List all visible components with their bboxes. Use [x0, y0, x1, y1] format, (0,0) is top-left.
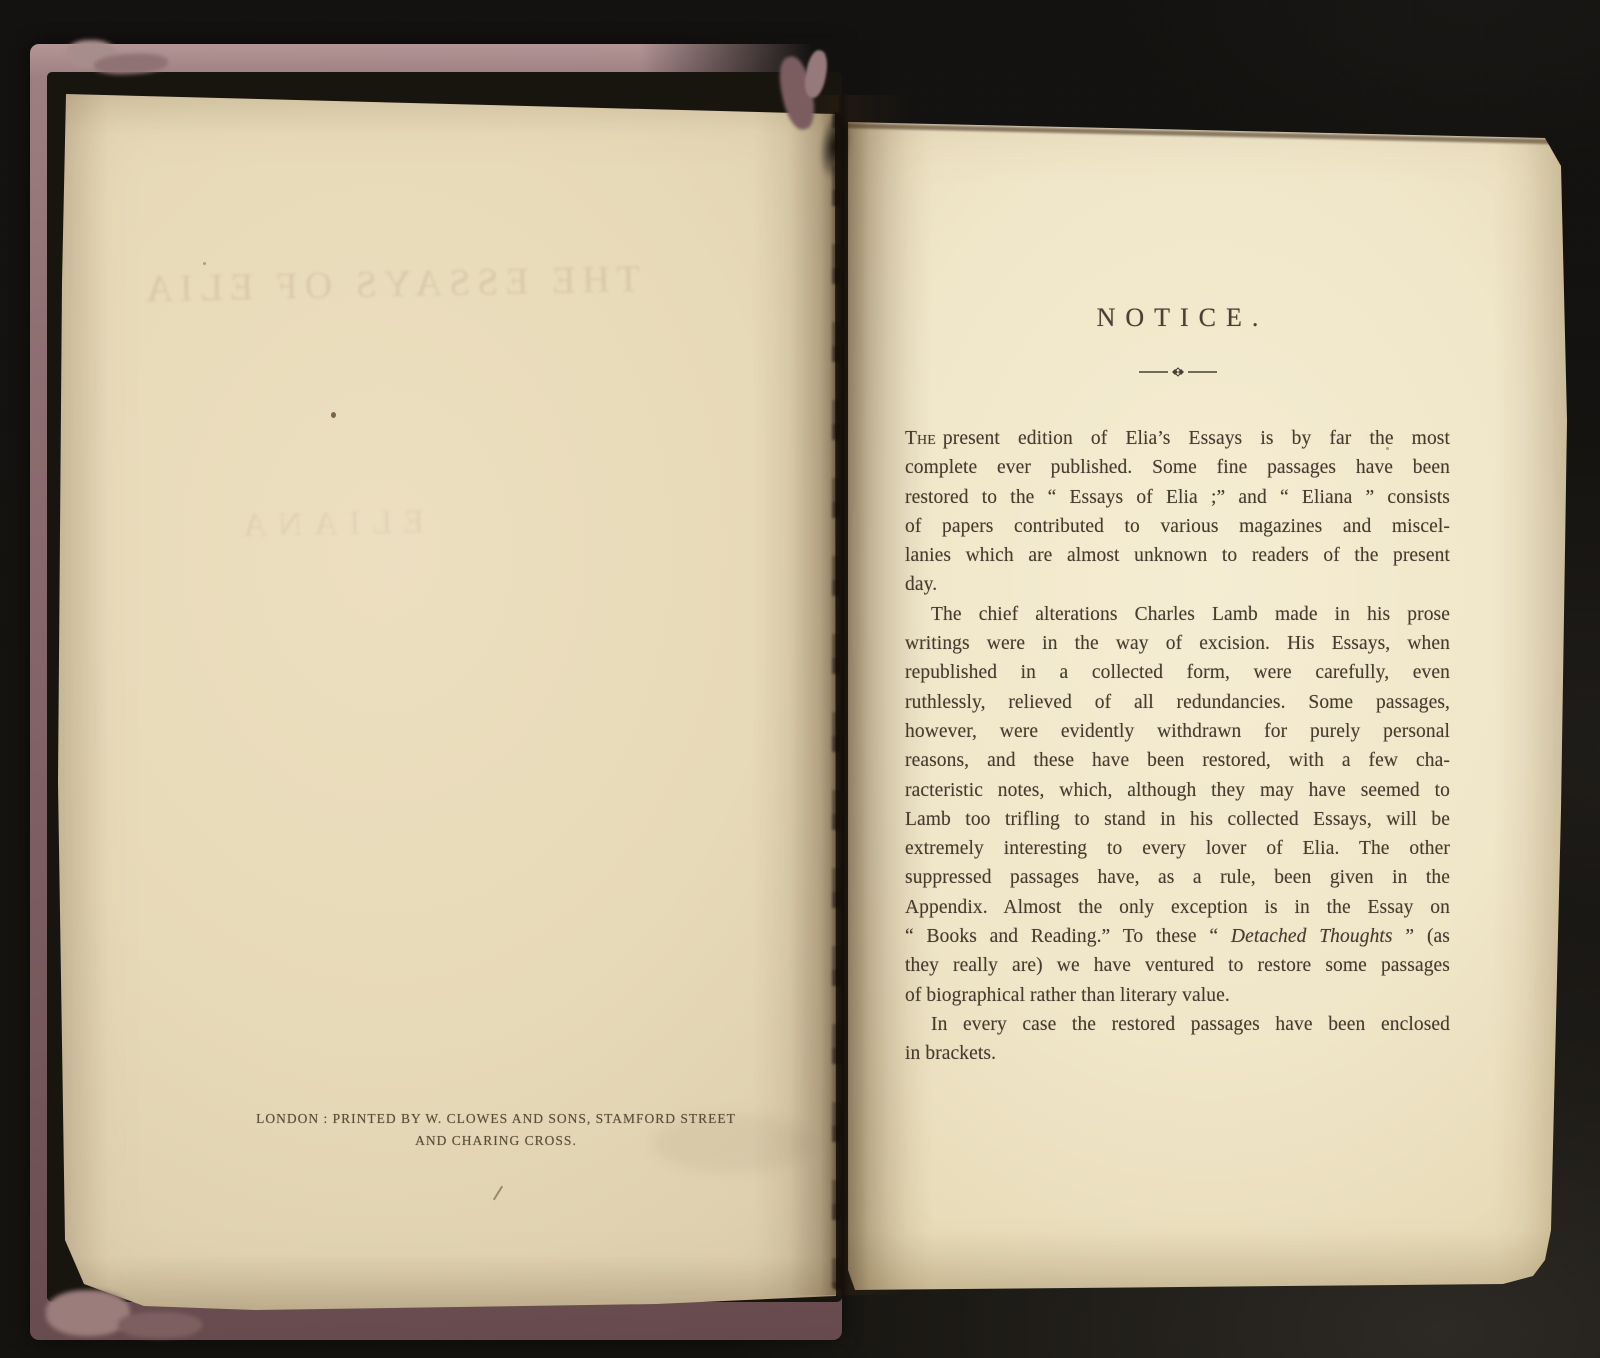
line-text: ” (as	[1393, 926, 1450, 947]
text-line: however, were evidently withdrawn for pu…	[905, 717, 1450, 746]
text-line: of papers contributed to various magazin…	[905, 512, 1450, 541]
text-line: extremely interesting to every lover of …	[905, 834, 1450, 863]
dust-speck	[331, 412, 336, 418]
text-line: complete ever published. Some fine passa…	[905, 453, 1450, 482]
frayed-cloth	[118, 1312, 202, 1338]
text-line: Appendix. Almost the only exception is i…	[905, 893, 1450, 922]
notice-text-column: NOTICE. Thepresent edition of Elia’s Ess…	[905, 302, 1450, 1069]
printer-imprint: LONDON : PRINTED BY W. CLOWES AND SONS, …	[154, 1108, 838, 1152]
right-page-bottom-shadow	[845, 1230, 1567, 1292]
text-line: ruthlessly, relieved of all redundancies…	[905, 688, 1450, 717]
text-line: they really are) we have ventured to res…	[905, 951, 1450, 980]
page-gutter-shadow	[786, 95, 908, 1295]
text-line: reasons, and these have been restored, w…	[905, 746, 1450, 775]
left-page-edge-shadow	[56, 82, 108, 1314]
text-line: in brackets.	[905, 1039, 1450, 1068]
line-text: “ Books and Reading.” To these “	[905, 926, 1231, 947]
showthrough-eliana: ELIANA	[264, 503, 425, 544]
dust-speck	[1386, 447, 1389, 450]
frayed-cloth	[46, 1290, 130, 1336]
text-line: restored to the “ Essays of Elia ;” and …	[905, 483, 1450, 512]
dust-speck	[203, 262, 206, 265]
notice-body: Thepresent edition of Elia’s Essays is b…	[905, 424, 1450, 1069]
text-line: republished in a collected form, were ca…	[905, 658, 1450, 687]
text-line: In every case the restored passages have…	[905, 1010, 1450, 1039]
printer-imprint-line-2: AND CHARING CROSS.	[154, 1130, 838, 1152]
text-line: The chief alterations Charles Lamb made …	[905, 600, 1450, 629]
text-line: lanies which are almost unknown to reade…	[905, 541, 1450, 570]
text-line: racteristic notes, which, although they …	[905, 776, 1450, 805]
dust-speck	[1178, 372, 1180, 374]
text-line: “ Books and Reading.” To these “ Detache…	[905, 922, 1450, 951]
text-line: Thepresent edition of Elia’s Essays is b…	[905, 424, 1450, 453]
text-line: writings were in the way of excision. Hi…	[905, 629, 1450, 658]
text-line: day.	[905, 570, 1450, 599]
showthrough-title: THE ESSAYS OF ELIA	[170, 257, 641, 311]
leading-small-caps: The	[905, 428, 936, 449]
printer-imprint-line-1: LONDON : PRINTED BY W. CLOWES AND SONS, …	[154, 1108, 838, 1130]
book-photo: THE ESSAYS OF ELIA ELIANA LONDON : PRINT…	[0, 0, 1600, 1358]
text-line: of biographical rather than literary val…	[905, 981, 1450, 1010]
notice-heading: NOTICE.	[905, 302, 1450, 334]
gutter-crease	[832, 112, 841, 1290]
line-text: present edition of Elia’s Essays is by f…	[943, 428, 1450, 449]
left-page: THE ESSAYS OF ELIA ELIANA LONDON : PRINT…	[56, 82, 836, 1314]
text-line: Lamb too trifling to stand in his collec…	[905, 805, 1450, 834]
text-line: suppressed passages have, as a rule, bee…	[905, 863, 1450, 892]
italic-phrase: Detached Thoughts	[1231, 926, 1393, 947]
right-page: NOTICE. Thepresent edition of Elia’s Ess…	[845, 110, 1567, 1292]
